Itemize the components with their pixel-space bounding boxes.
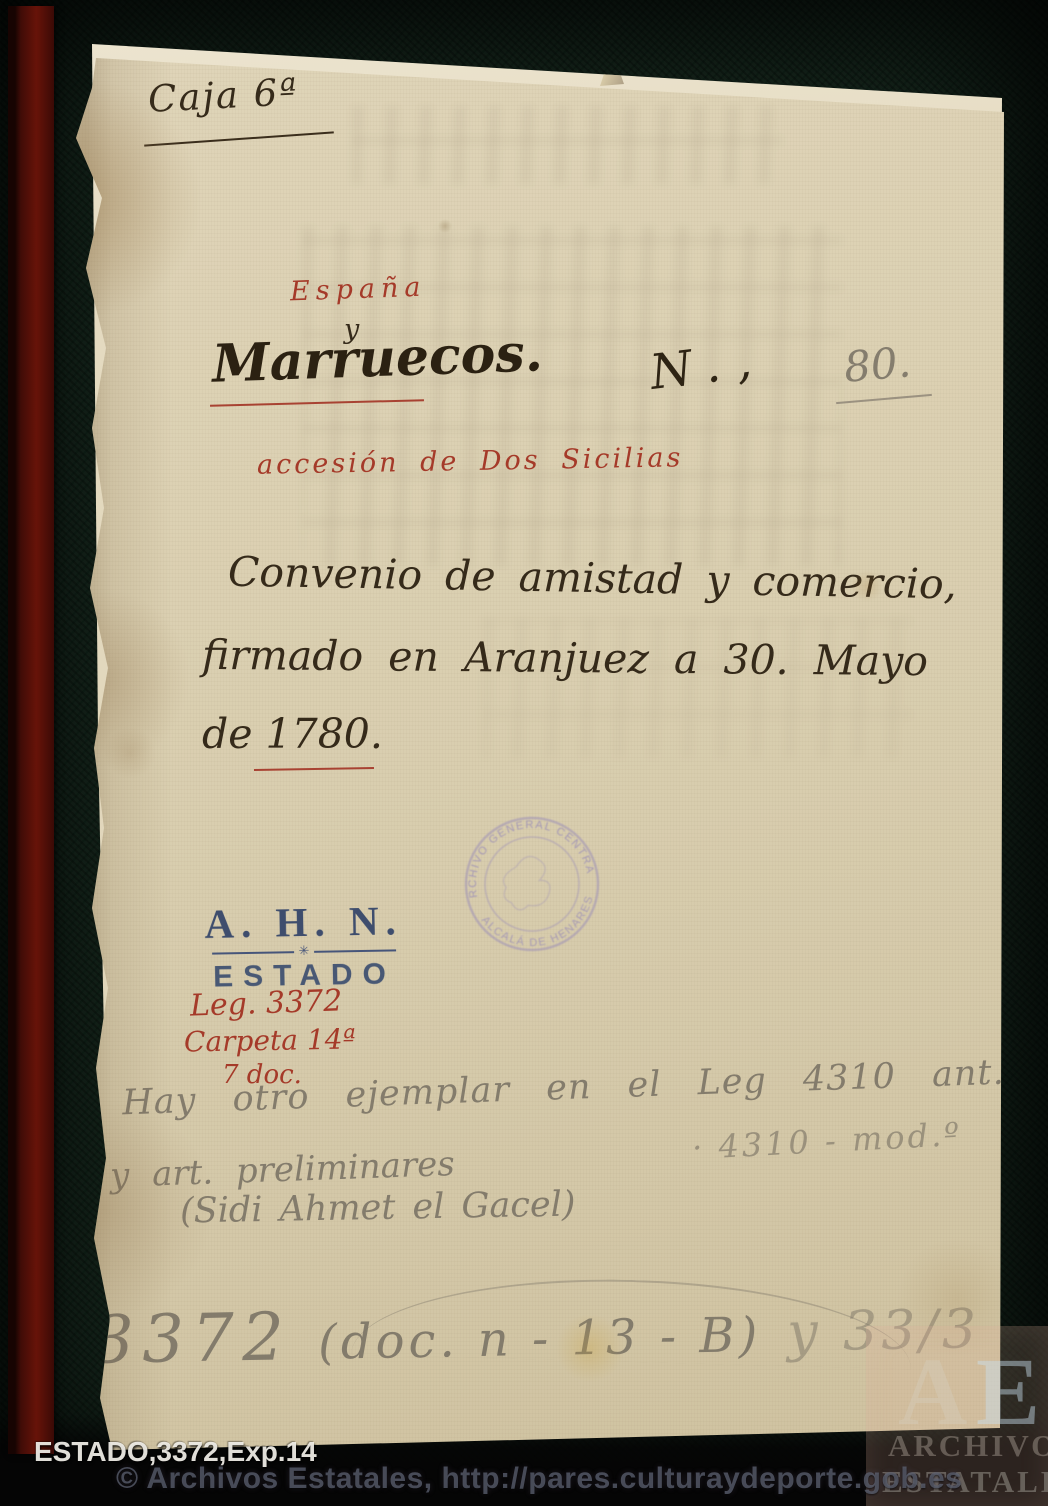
ornament-star-icon: ✳ bbox=[299, 947, 310, 957]
marruecos-title: Marruecos. bbox=[211, 322, 544, 395]
accession-note: accesión de Dos Sicilias bbox=[257, 442, 684, 480]
pencil-note-3: (Sidi Ahmet el Gacel) bbox=[180, 1185, 576, 1232]
caja-annotation: Caja 6ª bbox=[147, 70, 300, 121]
carpeta-note: Carpeta 14ª bbox=[184, 1023, 356, 1059]
ahn-initials: A. H. N. bbox=[193, 896, 414, 948]
marruecos-underline bbox=[210, 399, 424, 407]
archive-document-scan: Caja 6ª España y Marruecos. N., 80. acce… bbox=[0, 0, 1048, 1506]
stain-overlay bbox=[52, 58, 1004, 1450]
ornament-bar-right bbox=[315, 949, 397, 952]
paper-sheet: Caja 6ª España y Marruecos. N., 80. acce… bbox=[52, 58, 1004, 1450]
round-archive-stamp: ARCHIVO GENERAL CENTRAL ALCALÁ DE HENARE… bbox=[435, 787, 630, 982]
caja-underline bbox=[144, 131, 334, 146]
title-line-1: Convenio de amistad y comercio, bbox=[228, 548, 957, 609]
round-stamp-arc-top: ARCHIVO GENERAL CENTRAL bbox=[435, 787, 597, 905]
watermark-copyright: © Archivos Estatales, http://pares.cultu… bbox=[116, 1462, 962, 1496]
book-spine bbox=[8, 6, 54, 1454]
numero-pencil: 80. bbox=[842, 337, 913, 392]
title-line-3: de 1780. bbox=[202, 710, 383, 758]
espana-label: España bbox=[290, 272, 427, 308]
pencil-bottom-row: 3372 (doc. n - 13 - B) y 33/3 bbox=[91, 1286, 980, 1378]
ahn-stamp: A. H. N. ✳ ESTADO bbox=[193, 896, 415, 995]
pencil-bottom-number: 3372 bbox=[91, 1298, 292, 1378]
logo-word-archivos: ARCHIVOS bbox=[888, 1428, 1048, 1464]
title-line-2: firmado en Aranjuez a 30. Mayo bbox=[202, 631, 928, 685]
ornament-bar-left bbox=[212, 951, 294, 954]
legajo-note: Leg. 3372 bbox=[189, 983, 342, 1023]
pencil-bottom-detail: (doc. n - 13 - B) bbox=[318, 1307, 762, 1371]
ahn-ornament: ✳ bbox=[212, 945, 396, 958]
ink-bleedthrough bbox=[352, 106, 782, 184]
numero-underline bbox=[836, 394, 932, 404]
svg-text:ARCHIVO GENERAL CENTRAL: ARCHIVO GENERAL CENTRAL bbox=[435, 787, 597, 905]
year-underline bbox=[254, 767, 374, 771]
numero-flourish: N., bbox=[647, 331, 770, 401]
pencil-note-1b: · 4310 - mod.º bbox=[691, 1115, 963, 1167]
